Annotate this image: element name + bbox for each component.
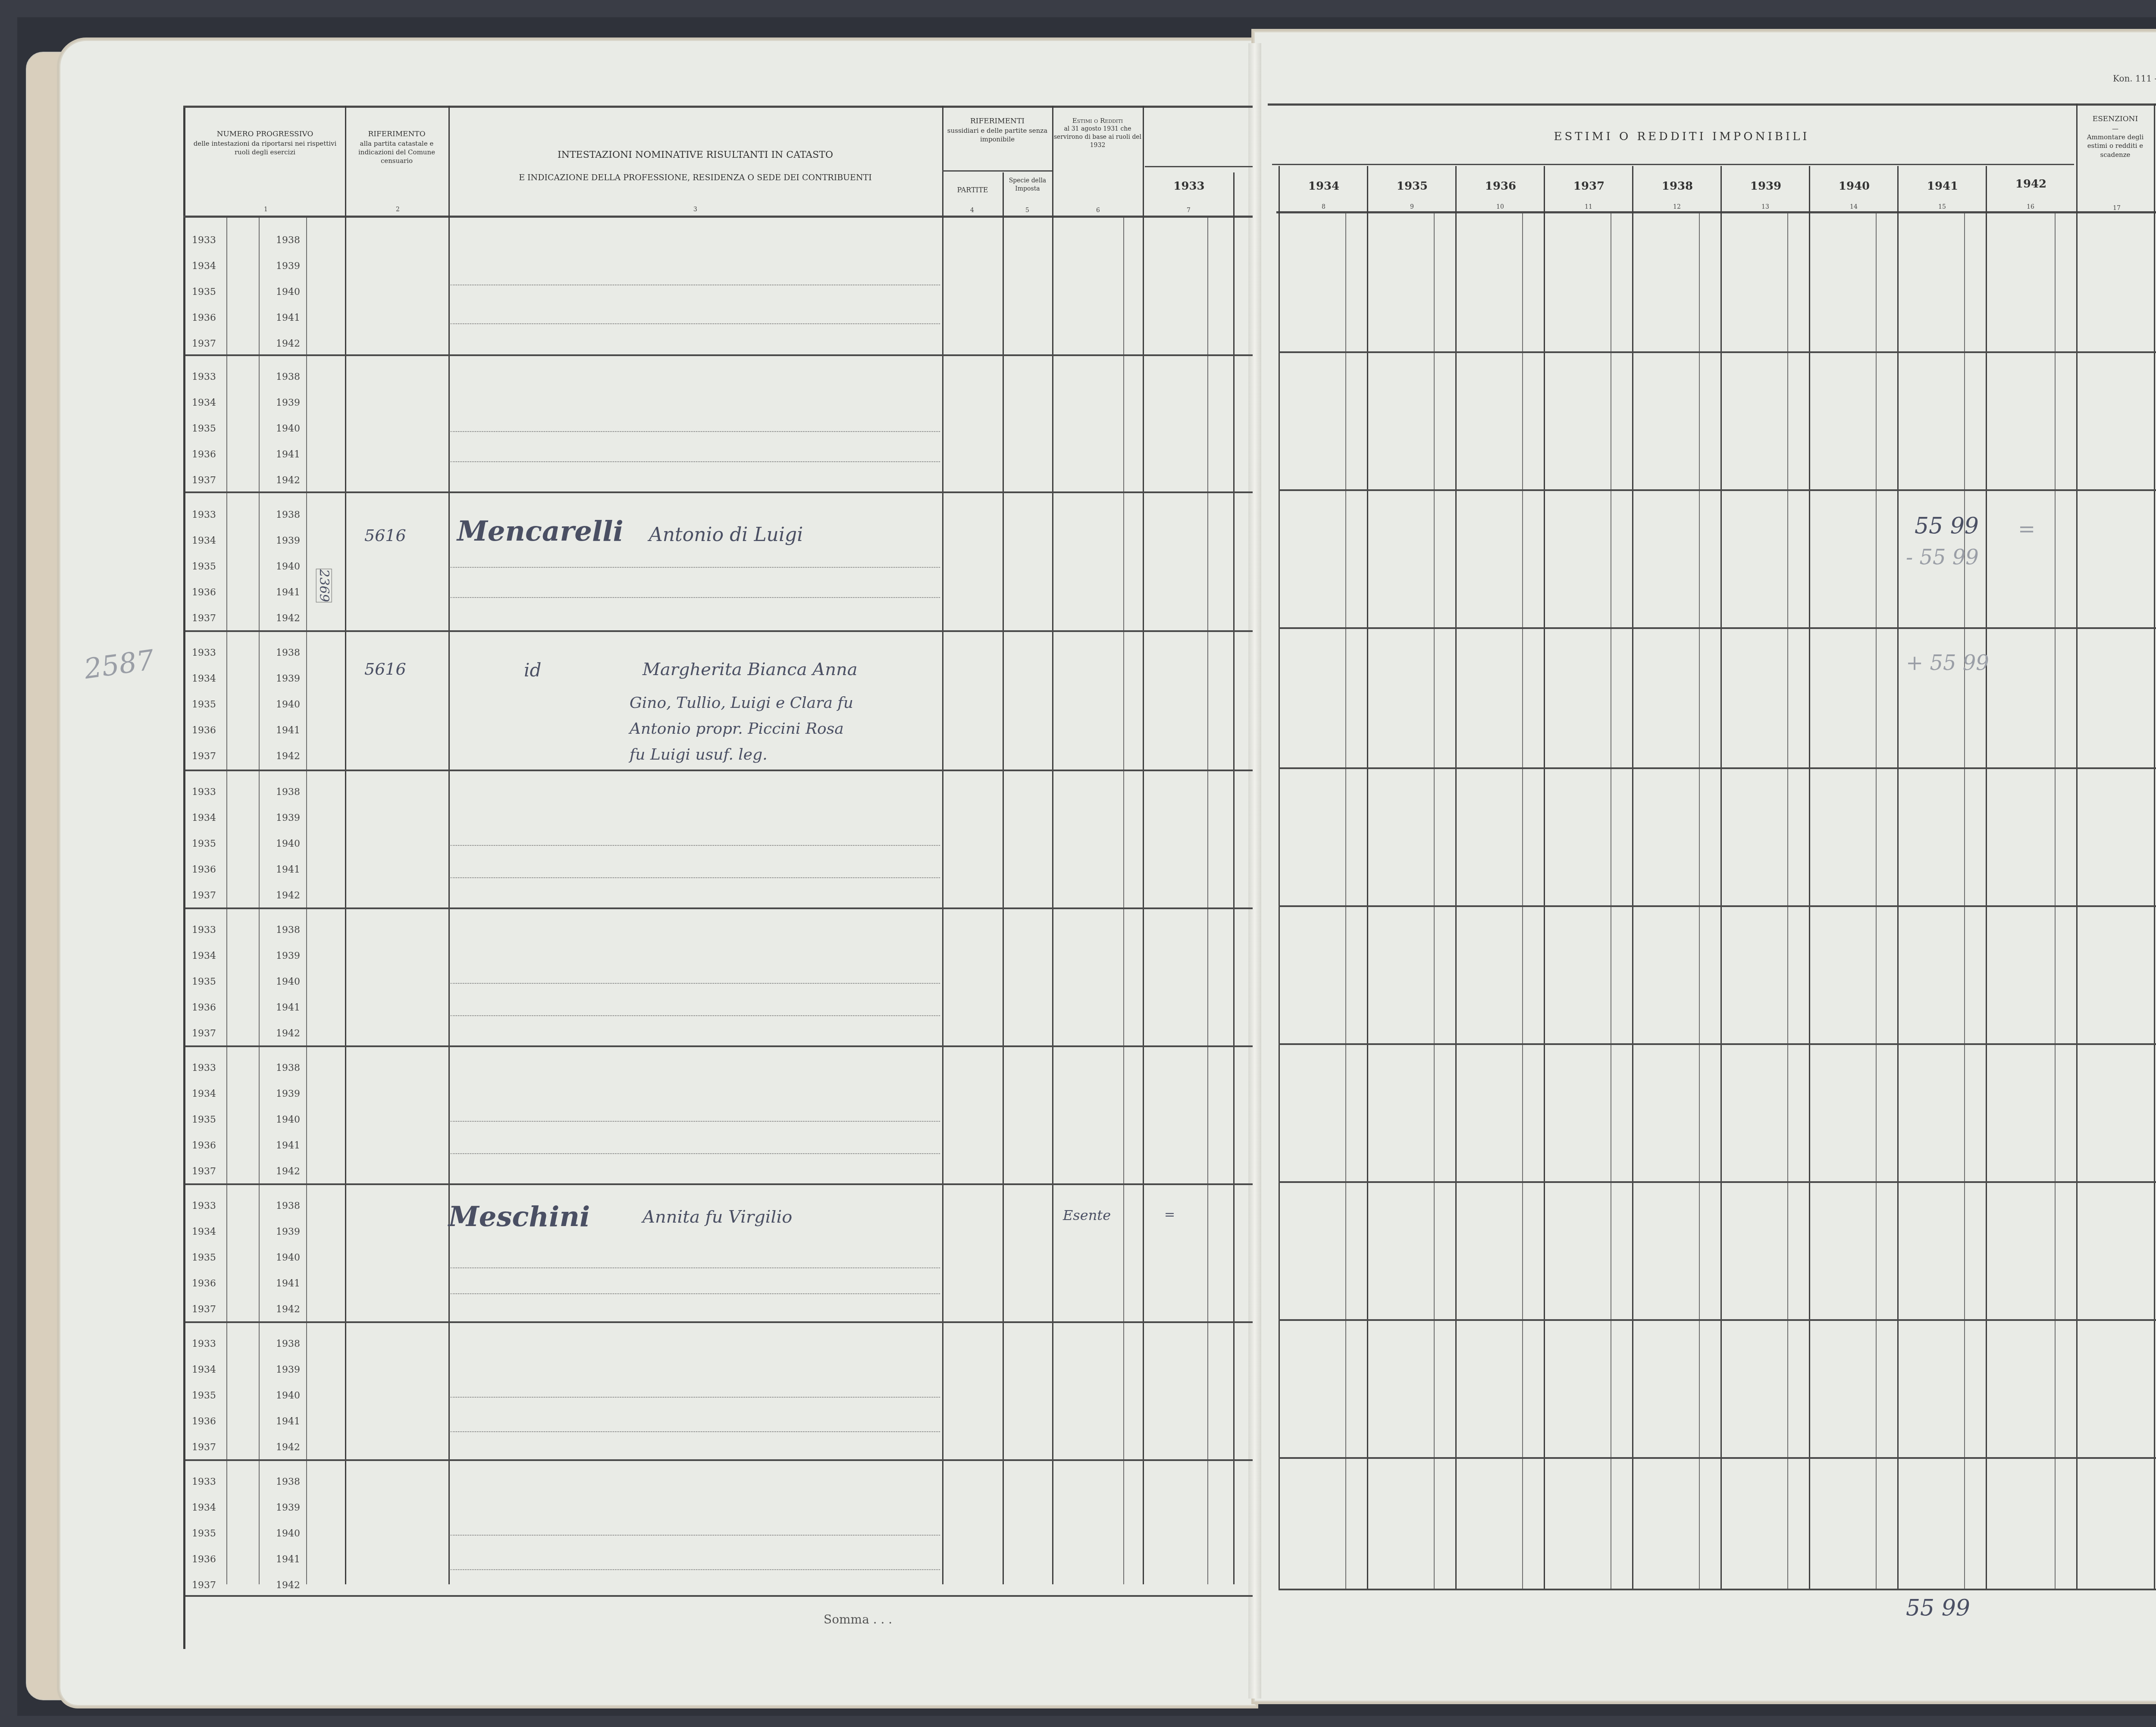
somma-label: Somma . . .	[824, 1612, 892, 1627]
partita-number: 5616	[364, 660, 406, 679]
col-num-1: 1	[264, 206, 268, 213]
header-year: 1937	[1546, 179, 1632, 194]
header-partite: PARTITE	[943, 185, 1002, 195]
col-num-6: 6	[1096, 207, 1100, 214]
col-num-3: 3	[693, 206, 697, 213]
header-year: 1935	[1369, 179, 1455, 194]
header-estimi-1931: Estimi o Redditi al 31 agosto 1931 che s…	[1053, 116, 1142, 150]
header-year: 1938	[1634, 179, 1720, 194]
pencil-value-1941-margherita: + 55 99	[1906, 651, 1989, 675]
col-num-5: 5	[1025, 207, 1029, 214]
form-code: Kon. 111 - Imposte Dirette (Intercalare)…	[2113, 73, 2156, 84]
side-number: 2369	[316, 569, 332, 602]
book-gutter	[1248, 43, 1261, 1699]
col-num-2: 2	[396, 206, 400, 213]
header-specie-imposta: Specie della Imposta	[1004, 177, 1051, 193]
total-1941: 55 99	[1906, 1595, 1970, 1621]
heir-line: Antonio propr. Piccini Rosa	[630, 720, 844, 738]
equals-mark: =	[1164, 1207, 1175, 1222]
header-year: 1940	[1811, 179, 1897, 194]
header-riferimento: RIFERIMENTO alla partita catastale e ind…	[347, 129, 446, 166]
header-year: 1941	[1899, 179, 1986, 194]
equals-mark: =	[2018, 517, 2035, 541]
col-num-17: 17	[2113, 205, 2121, 212]
col-num-7: 7	[1187, 207, 1191, 214]
header-year: 1939	[1723, 179, 1809, 194]
heir-line: Gino, Tullio, Luigi e Clara fu	[630, 694, 853, 712]
header-year-1933: 1933	[1145, 179, 1233, 194]
col-num-4: 4	[970, 207, 974, 214]
surname: Mencarelli	[457, 515, 624, 548]
given-name: Annita fu Virgilio	[642, 1207, 792, 1227]
given-name: Antonio di Luigi	[649, 524, 803, 546]
heir-line: fu Luigi usuf. leg.	[630, 746, 768, 763]
header-riferimenti: RIFERIMENTI sussidiari e delle partite s…	[943, 116, 1051, 144]
ditto-mark: id	[524, 660, 541, 681]
header-year: 1942	[1988, 177, 2074, 192]
exempt-note: Esente	[1063, 1207, 1111, 1223]
left-page	[60, 41, 1255, 1705]
partita-number: 5616	[364, 526, 406, 545]
header-intestazioni: INTESTAZIONI NOMINATIVE RISULTANTI IN CA…	[451, 149, 940, 183]
estimi-title: ESTIMI O REDDITI IMPONIBILI	[1294, 129, 2070, 144]
pencil-value-1941-mencarelli: - 55 99	[1906, 545, 1979, 569]
header-numero-progressivo: NUMERO PROGRESSIVO delle intestazioni da…	[186, 129, 344, 156]
heir-line: Margherita Bianca Anna	[642, 660, 858, 679]
header-year: 1936	[1457, 179, 1544, 194]
value-1941-mencarelli: 55 99	[1915, 513, 1979, 539]
right-page	[1255, 32, 2156, 1701]
surname: Meschini	[448, 1201, 590, 1233]
header-year: 1934	[1281, 179, 1367, 194]
header-esenzioni: ESENZIONI — Ammontare degli estimi o red…	[2078, 114, 2153, 159]
